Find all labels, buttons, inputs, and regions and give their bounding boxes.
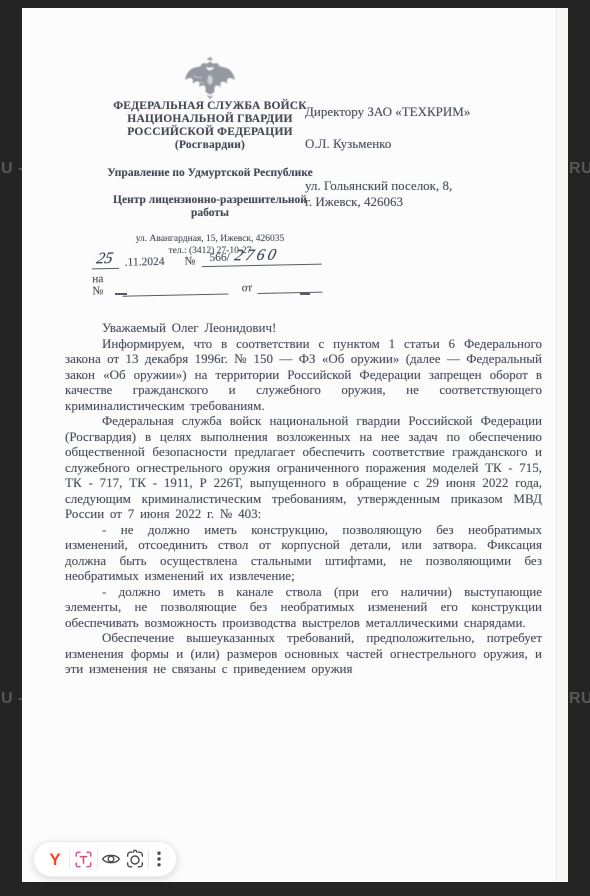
image-actions-toolbar: Y [33, 841, 177, 877]
eye-icon [101, 851, 121, 867]
visual-search-button[interactable] [125, 847, 145, 871]
body-paragraph: - не должно иметь конструкцию, позволяющ… [65, 522, 542, 584]
watermark-left-bottom: U - [1, 690, 24, 708]
yandex-logo-icon: Y [49, 851, 60, 868]
letter-body: Уважаемый Олег Леонидович! Информируем, … [65, 320, 542, 677]
page-edge-shadow [557, 8, 568, 882]
rosgvardiya-eagle-emblem [182, 56, 238, 102]
yandex-logo-button[interactable]: Y [45, 847, 65, 871]
more-options-button[interactable] [153, 847, 165, 871]
watermark-left-top: U - [1, 160, 24, 178]
text-recognition-icon [74, 850, 93, 869]
addressee-address-line2: г. Ижевск, 426063 [305, 194, 555, 210]
body-paragraph: Обеспечение вышеуказанных требований, пр… [65, 630, 542, 677]
na-no-label: на № [92, 273, 117, 298]
toolbar-divider [97, 850, 98, 868]
form-dash-mark [300, 293, 310, 295]
body-paragraph: Информируем, что в соответствии с пункто… [65, 336, 542, 414]
toolbar-divider [69, 850, 70, 868]
show-original-button[interactable] [101, 847, 121, 871]
addressee-address-line1: ул. Гольянский поселок, 8, [305, 178, 555, 194]
handwritten-date-day: 25 [95, 250, 115, 268]
toolbar-divider [148, 850, 149, 868]
scanned-letter-page: ФЕДЕРАЛЬНАЯ СЛУЖБА ВОЙСК НАЦИОНАЛЬНОЙ ГВ… [22, 8, 568, 882]
number-sign: № [184, 255, 195, 267]
salutation: Уважаемый Олег Леонидович! [65, 320, 542, 336]
page-edge-line [556, 8, 557, 882]
addressee-name: О.Л. Кузьменко [305, 136, 555, 152]
printed-number: 566/ [209, 252, 230, 264]
browser-image-viewer: U - .RU U - .RU [0, 0, 590, 896]
addressee-title: Директору ЗАО «ТЕХКРИМ» [305, 104, 555, 120]
org-department: Центр лицензионно-разрешительной работы [105, 194, 315, 220]
text-recognition-button[interactable] [73, 847, 93, 871]
body-paragraph: - должно иметь в канале ствола (при его … [65, 584, 542, 631]
body-paragraph: Федеральная служба войск национальной гв… [65, 413, 542, 522]
ot-label: от [242, 282, 253, 294]
form-dash-mark [115, 293, 127, 295]
printed-date: .11.2024 [125, 256, 165, 269]
handwritten-number: 2760 [233, 246, 281, 265]
addressee-block: Директору ЗАО «ТЕХКРИМ» О.Л. Кузьменко у… [305, 104, 555, 210]
kebab-menu-icon [157, 851, 161, 867]
camera-search-icon [125, 849, 145, 870]
reference-block: 25 .11.2024 № 566/ 2760 на № от [92, 246, 323, 298]
org-address: ул. Авангардная, 15, Ижевск, 426035 [75, 234, 345, 246]
